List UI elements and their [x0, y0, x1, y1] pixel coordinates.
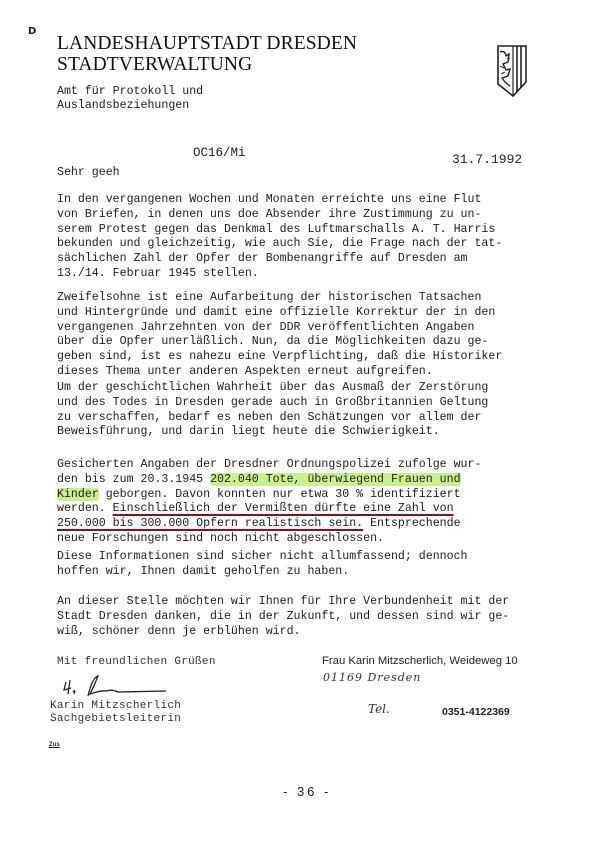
- p4-line-6: neue Forschungen sind noch nicht abgesch…: [57, 532, 384, 545]
- signer-block: Karin Mitzscherlich Sachgebietsleiterin: [50, 700, 181, 725]
- handwritten-signature: [62, 672, 172, 700]
- p4-line-3-suffix: geborgen. Davon konnten nur etwa 30 % id…: [99, 488, 461, 501]
- department-line-2: Auslandsbeziehungen: [57, 99, 357, 113]
- letterhead: LANDESHAUPTSTADT DRESDEN STADTVERWALTUNG…: [57, 33, 357, 113]
- letterhead-city: LANDESHAUPTSTADT DRESDEN: [57, 33, 357, 54]
- underlined-estimate-1: Einschließlich der Vermißten dürfte eine…: [113, 502, 454, 515]
- paragraph-5: Diese Informationen sind sicher nicht al…: [57, 550, 597, 580]
- page-number: - 36 -: [283, 784, 331, 799]
- p4-line-5-suffix: Entsprechende: [363, 517, 460, 530]
- paragraph-4: Gesicherten Angaben der Dresdner Ordnung…: [57, 458, 597, 547]
- paragraph-2: Zweifelsohne ist eine Aufarbeitung der h…: [57, 291, 597, 380]
- letter-date: 31.7.1992: [452, 152, 522, 167]
- paragraph-6: An dieser Stelle möchten wir Ihnen für I…: [57, 595, 597, 639]
- salutation: Sehr geeh: [57, 166, 120, 179]
- p4-line-2-prefix: den bis zum 20.3.1945: [57, 473, 210, 486]
- closing-greeting: Mit freundlichen Grüßen: [57, 656, 216, 668]
- tel-label-handwritten: Tel.: [368, 702, 390, 716]
- signer-title: Sachgebietsleiterin: [50, 713, 181, 726]
- signer-name: Karin Mitzscherlich: [50, 700, 181, 713]
- letterhead-administration: STADTVERWALTUNG: [57, 54, 357, 75]
- enclosure-mark: Zus: [49, 741, 60, 748]
- department: Amt für Protokoll und Auslandsbeziehunge…: [57, 85, 357, 113]
- paragraph-3: Um der geschichtlichen Wahrheit über das…: [57, 381, 597, 440]
- corner-mark: D: [28, 26, 36, 37]
- paragraph-1: In den vergangenen Wochen und Monaten er…: [57, 193, 597, 282]
- reference-code: OC16/Mi: [193, 146, 246, 160]
- letter-page: D LANDESHAUPTSTADT DRESDEN STADTVERWALTU…: [0, 0, 600, 850]
- recipient-city-handwritten: 01169 Dresden: [323, 671, 421, 684]
- highlighted-death-count: 202.040 Tote, überwiegend Frauen und: [210, 473, 460, 486]
- p4-line-4-prefix: werden.: [57, 502, 113, 515]
- underlined-estimate-2: 250.000 bis 300.000 Opfern realistisch s…: [57, 517, 363, 530]
- highlighted-children: Kinder: [57, 488, 99, 501]
- department-line-1: Amt für Protokoll und: [57, 85, 357, 99]
- recipient-address: Frau Karin Mitzscherlich, Weideweg 10: [322, 655, 518, 667]
- p4-line-1: Gesicherten Angaben der Dresdner Ordnung…: [57, 458, 481, 471]
- tel-number: 0351-4122369: [442, 706, 510, 718]
- coat-of-arms-icon: [496, 42, 528, 100]
